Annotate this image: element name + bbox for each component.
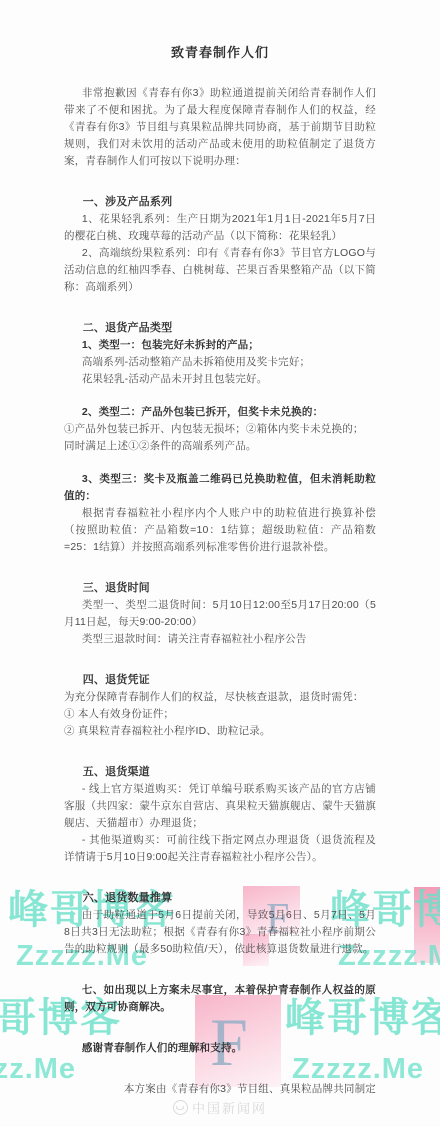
section-4-item-2: ② 真果粒青春福粒社小程序ID、助粒记录。	[64, 723, 376, 740]
section-3-heading: 三、退货时间	[64, 580, 376, 597]
news-agency-watermark: 中国新闻网	[0, 1098, 440, 1117]
section-5-heading: 五、退货渠道	[64, 764, 376, 781]
section-4-intro: 为充分保障青春制作人们的权益，尽快核查退款，退货时需凭：	[64, 689, 376, 706]
refund-notice-page: F 峰哥博客 峰哥博客 Zzzzz.Me Zzzzz.Me F 峰哥博客 峰哥博…	[0, 0, 440, 1127]
section-5-item-2: - 其他渠道购买：可前往线下指定网点办理退货（退货流程及详情请于5月10日9:0…	[64, 832, 376, 866]
section-1-heading: 一、涉及产品系列	[64, 194, 376, 211]
section-4-heading: 四、退货凭证	[64, 672, 376, 689]
section-1-item-2: 2、高端缤纷果粒系列：印有《青春有你3》节目官方LOGO与活动信息的红柚四季春、…	[64, 245, 376, 296]
section-6-heading: 六、退货数量推算	[64, 890, 376, 907]
section-2-type-1-heading: 1、类型一：包装完好未拆封的产品；	[64, 337, 376, 354]
credit-line: 本方案由《青春有你3》节目组、真果粒品牌共同制定	[64, 1081, 376, 1098]
section-2-type-3-body: 根据青春福粒社小程序内个人账户中的助粒值进行换算补偿（按照助粒值：产品箱数=10…	[64, 505, 376, 556]
document-title: 致青春制作人们	[64, 42, 376, 61]
section-2-type-1-line-1: 高端系列-活动整箱产品未拆箱使用及奖卡完好；	[64, 354, 376, 371]
section-3-line-1: 类型一、类型二退货时间：5月10日12:00至5月17日20:00（5月11日起…	[64, 597, 376, 631]
section-6-body: 由于助粒通道于5月6日提前关闭，导致5月6日、5月7日、5月8日共3日无法助粒；…	[64, 907, 376, 958]
section-4-item-1: ① 本人有效身份证件；	[64, 706, 376, 723]
news-logo-icon	[173, 1100, 188, 1115]
section-3-line-2: 类型三退款时间：请关注青春福粒社小程序公告	[64, 631, 376, 648]
thanks-paragraph: 感谢青春制作人们的理解和支持。	[64, 1040, 376, 1057]
section-2-type-2-line-2: 同时满足上述①②条件的高端系列产品。	[64, 438, 376, 455]
section-2-type-3-heading: 3、类型三：奖卡及瓶盖二维码已兑换助粒值，但未消耗助粒值的：	[64, 471, 376, 505]
news-agency-name: 中国新闻网	[192, 1098, 267, 1117]
section-2-type-1-line-2: 花果轻乳-活动产品未开封且包装完好。	[64, 371, 376, 388]
section-2-type-2-heading: 2、类型二：产品外包装已拆开，但奖卡未兑换的：	[64, 404, 376, 421]
section-2-heading: 二、退货产品类型	[64, 320, 376, 337]
section-7-paragraph: 七、如出现以上方案未尽事宜，本着保护青春制作人权益的原则，双方可协商解决。	[64, 982, 376, 1016]
section-2-type-2-line-1: ①产品外包装已拆开、内包装无损坏；②箱体内奖卡未兑换的；	[64, 421, 376, 438]
refund-notice-document: 致青春制作人们 非常抱歉因《青春有你3》助粒通道提前关闭给青春制作人们带来了不便…	[0, 0, 440, 1098]
intro-paragraph: 非常抱歉因《青春有你3》助粒通道提前关闭给青春制作人们带来了不便和困扰。为了最大…	[64, 85, 376, 170]
section-1-item-1: 1、花果轻乳系列：生产日期为2021年1月1日-2021年5月7日的樱花白桃、玫…	[64, 211, 376, 245]
section-5-item-1: - 线上官方渠道购买：凭订单编号联系购买该产品的官方店铺客服（共四家：蒙牛京东自…	[64, 781, 376, 832]
